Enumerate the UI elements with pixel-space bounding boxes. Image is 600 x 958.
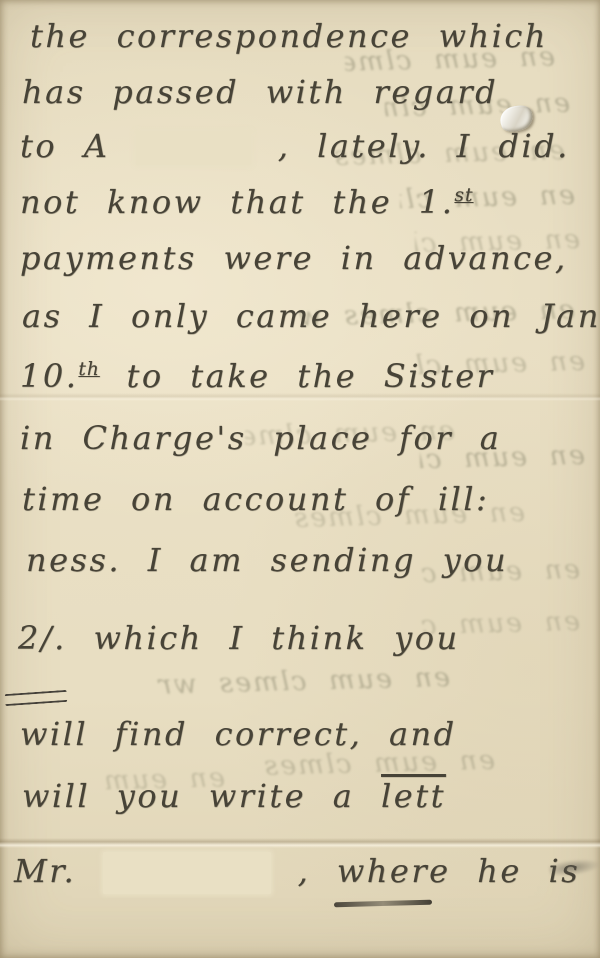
pen-dash-underline bbox=[334, 900, 432, 908]
letter-line-10: ness. I am sending you bbox=[26, 544, 508, 576]
line-3-text-after-redaction: , lately. I did. bbox=[278, 127, 570, 165]
letter-line-11: 2/. which I think you bbox=[18, 622, 460, 654]
abbreviated-word: lett bbox=[381, 777, 446, 815]
double-underline-mark bbox=[5, 690, 68, 706]
line-14-text-after-redaction: , where he is bbox=[298, 852, 581, 890]
letter-line-1: the correspondence which bbox=[30, 20, 548, 52]
letter-line-14: Mr. , where he is bbox=[14, 852, 580, 894]
redaction-box bbox=[103, 852, 271, 894]
letter-line-7: 10.th to take the Sister bbox=[20, 360, 494, 392]
letter-line-5: payments were in advance, bbox=[20, 242, 568, 274]
letter-line-8: in Charge's place for a bbox=[20, 422, 501, 454]
letter-page: en eum clmes wr ensnng som elds came of … bbox=[0, 0, 600, 958]
line-7-number: 10. bbox=[20, 357, 78, 395]
line-11-text: which I think you bbox=[67, 619, 460, 657]
bleedthrough-fragment: en eum clmes wr ensnng som elds came of … bbox=[140, 662, 451, 701]
line-13-text: will you write a bbox=[22, 777, 381, 815]
line-6-text: as I only came here on Jan. bbox=[22, 297, 600, 335]
ordinal-superscript: th bbox=[78, 359, 99, 380]
line-7-text: to take the Sister bbox=[100, 357, 495, 395]
line-14-salutation: Mr. bbox=[14, 852, 76, 890]
redaction-box bbox=[136, 131, 251, 165]
fold-crease-main bbox=[0, 838, 600, 848]
line-4-text: not know that the 1. bbox=[20, 183, 454, 221]
letter-line-9: time on account of ill: bbox=[22, 483, 489, 515]
ordinal-superscript: st bbox=[454, 185, 473, 206]
letter-line-4: not know that the 1.st bbox=[20, 186, 473, 218]
letter-line-2: has passed with regard bbox=[22, 76, 498, 108]
letter-line-12: will find correct, and bbox=[20, 718, 457, 750]
line-3-text-before-redaction: to A bbox=[20, 127, 109, 165]
letter-line-13: will you write a lett bbox=[22, 780, 446, 812]
letter-line-6: as I only came here on Jan.y bbox=[22, 300, 600, 332]
money-amount: 2/. bbox=[18, 619, 67, 657]
letter-line-3: to A , lately. I did. bbox=[20, 130, 570, 165]
